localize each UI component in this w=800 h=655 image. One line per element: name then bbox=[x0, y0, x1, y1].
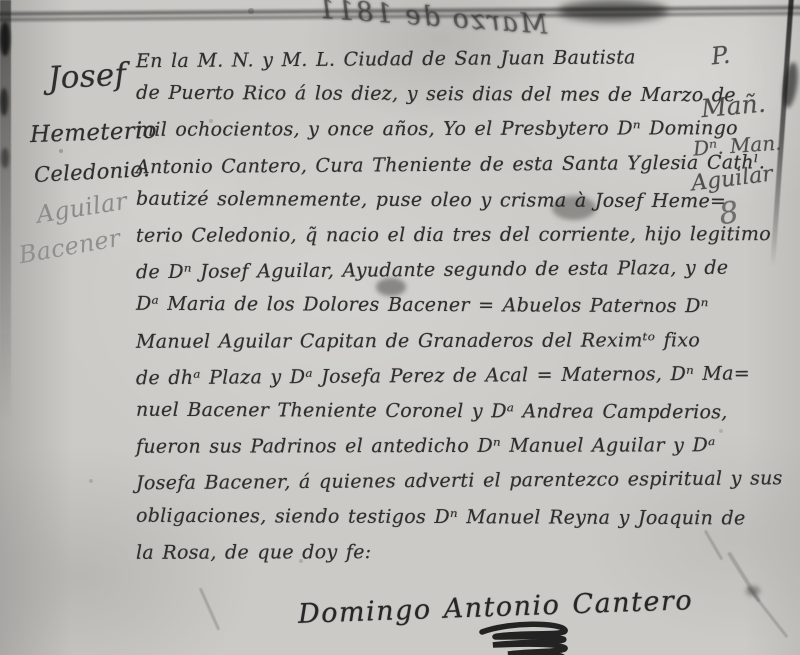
margin-name-line: Celedonio. bbox=[33, 157, 150, 187]
record-line: la Rosa, de que doy fe: bbox=[136, 534, 716, 571]
record-line: En la M. N. y M. L. Ciudad de San Juan B… bbox=[136, 40, 716, 80]
record-line: de Puerto Rico á los diez, y seis dias d… bbox=[136, 76, 716, 114]
record-line: de dhᵃ Plaza y Dᵃ Josefa Perez de Acal =… bbox=[136, 357, 716, 397]
record-line: bautizé solemnemente, puse oleo y crisma… bbox=[136, 182, 716, 220]
left-edge-blot bbox=[1, 148, 9, 168]
signature-rubric-flourish bbox=[468, 618, 578, 655]
paper-speckles bbox=[0, 0, 2, 2]
record-line: Manuel Aguilar Capitan de Granaderos del… bbox=[136, 323, 716, 360]
record-line: Antonio Cantero, Cura Theniente de esta … bbox=[136, 145, 716, 185]
bleedthrough-stroke bbox=[747, 586, 789, 638]
ink-blot bbox=[552, 196, 596, 220]
record-line: terio Celedonio, q̃ nacio el dia tres de… bbox=[136, 217, 716, 254]
bleedthrough-text: Marzo de 1811 bbox=[267, 0, 548, 41]
margin-name-line-pencil: Bacener bbox=[17, 219, 152, 269]
record-line: Josefa Bacener, á quienes adverti el par… bbox=[136, 462, 716, 502]
margin-annotation-line: Dⁿ. Man. bbox=[692, 129, 798, 160]
margin-flourish: 8 bbox=[717, 187, 800, 233]
left-edge-blot bbox=[0, 22, 10, 56]
record-line: Dᵃ Maria de los Dolores Bacener = Abuelo… bbox=[136, 287, 716, 325]
page-left-edge bbox=[0, 0, 11, 420]
record-body-text: En la M. N. y M. L. Ciudad de San Juan B… bbox=[136, 42, 716, 570]
record-line: obligaciones, siendo testigos Dⁿ Manuel … bbox=[136, 498, 716, 536]
record-line: nuel Bacener Theniente Coronel y Dᵃ Andr… bbox=[136, 393, 716, 431]
margin-annotation-line: Mañ. bbox=[700, 86, 799, 123]
record-line: de Dⁿ Josef Aguilar, Ayudante segundo de… bbox=[136, 251, 716, 291]
margin-name-column: Josef Hemeterio Celedonio. Aguilar Bacen… bbox=[30, 58, 150, 258]
bleedthrough-stroke bbox=[199, 587, 220, 630]
margin-name-line: Hemeterio bbox=[30, 118, 151, 148]
top-edge-ink-smudge bbox=[558, 0, 668, 22]
margin-annotation-line: P. bbox=[710, 34, 799, 71]
record-line: fueron sus Padrinos el antedicho Dⁿ Manu… bbox=[136, 428, 716, 465]
manuscript-page: Marzo de 1811 Josef Hemeterio Celedonio.… bbox=[0, 0, 800, 655]
left-edge-blot bbox=[0, 88, 8, 116]
record-line: mil ochocientos, y once años, Yo el Pres… bbox=[136, 112, 716, 149]
ink-blot bbox=[376, 278, 406, 296]
margin-annotation-column: P. Mañ. Dⁿ. Man. Aguilar 8 bbox=[693, 38, 798, 227]
